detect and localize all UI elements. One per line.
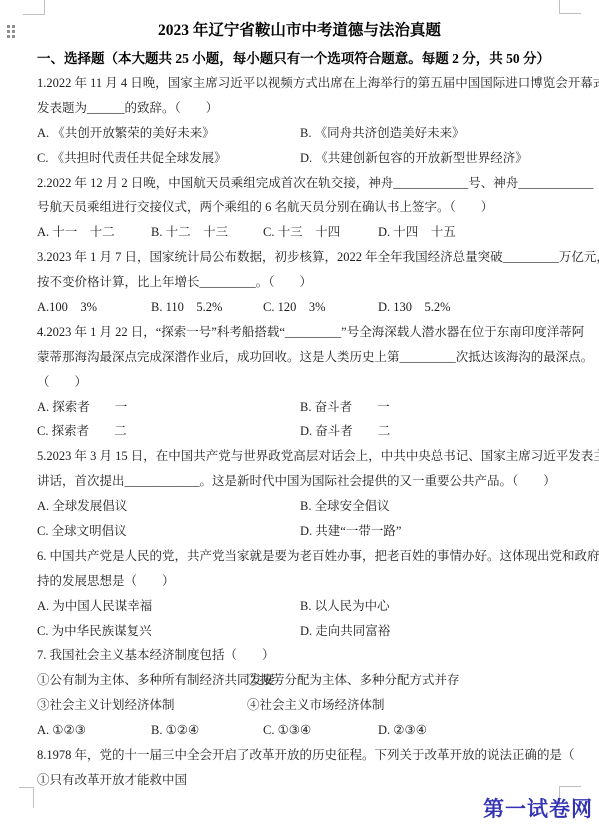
statement-1: ①只有改革开放才能救中国 xyxy=(37,768,583,793)
stem-line: 发表题为______的致辞。（ ） xyxy=(37,96,583,121)
section-header: 一、选择题（本大题共 25 小题，每小题只有一个选项符合题意。每题 2 分，共 … xyxy=(37,47,583,71)
stem-line: 蒙蒂那海沟最深点完成深潜作业后，成功回收。这是人类历史上第_________次抵… xyxy=(37,345,583,370)
question-8: 8.1978 年，党的十一届三中全会开启了改革开放的历史征程。下列关于改革开放的… xyxy=(37,743,583,793)
options-row: C. 《共担时代责任共促全球发展》 D. 《共建创新包容的开放新型世界经济》 xyxy=(37,146,583,171)
option-c: C. 全球文明倡议 xyxy=(37,519,300,544)
option-b: B. 十二 十三 xyxy=(151,220,263,245)
option-d: D. 十四 十五 xyxy=(378,220,583,245)
option-b: B. ①②④ xyxy=(151,718,263,743)
options-row: A. 《共创开放繁荣的美好未来》 B. 《同舟共济创造美好未来》 xyxy=(37,121,583,146)
stem-line: 2.2022 年 12 月 2 日晚，中国航天员乘组完成首次在轨交接，神舟___… xyxy=(37,171,583,196)
options-row: A. 全球发展倡议 B. 全球安全倡议 xyxy=(37,494,583,519)
stem-line: 1.2022 年 11 月 4 日晚，国家主席习近平以视频方式出席在上海举行的第… xyxy=(37,71,583,96)
stem-line: 4.2023 年 1 月 22 日，“探索一号”科考船搭载“_________”… xyxy=(37,320,583,345)
options-row: C. 探索者 二 D. 奋斗者 二 xyxy=(37,419,583,444)
options-row: A. 十一 十二 B. 十二 十三 C. 十三 十四 D. 十四 十五 xyxy=(37,220,583,245)
option-c: C. 十三 十四 xyxy=(263,220,378,245)
option-c: C. 探索者 二 xyxy=(37,419,300,444)
option-b: B. 全球安全倡议 xyxy=(300,494,583,519)
question-2: 2.2022 年 12 月 2 日晚，中国航天员乘组完成首次在轨交接，神舟___… xyxy=(37,171,583,246)
statement-2: ②按劳分配为主体、多种分配方式并存 xyxy=(247,668,583,693)
option-c: C. 为中华民族谋复兴 xyxy=(37,619,300,644)
text-boundary-corner-mark xyxy=(559,0,581,14)
exam-paper-page: 2023 年辽宁省鞍山市中考道德与法治真题 一、选择题（本大题共 25 小题，每… xyxy=(0,0,599,829)
stem-line: 号航天员乘组进行交接仪式，两个乘组的 6 名航天员分别在确认书上签字。（ ） xyxy=(37,195,583,220)
option-c: C. 《共担时代责任共促全球发展》 xyxy=(37,146,300,171)
stem-line: （ ） xyxy=(37,370,583,395)
option-a: A. 十一 十二 xyxy=(37,220,151,245)
question-6: 6. 中国共产党是人民的党，共产党当家就是要为老百姓办事，把老百姓的事情办好。这… xyxy=(37,544,583,644)
option-a: A. 全球发展倡议 xyxy=(37,494,300,519)
stem-line: 5.2023 年 3 月 15 日，在中国共产党与世界政党高层对话会上，中共中央… xyxy=(37,444,583,469)
option-b: B. 奋斗者 一 xyxy=(300,395,583,420)
option-d: D. 走向共同富裕 xyxy=(300,619,583,644)
statement-1: ①公有制为主体、多种所有制经济共同发展 xyxy=(37,668,247,693)
options-row: A. 探索者 一 B. 奋斗者 一 xyxy=(37,395,583,420)
options-row: A. 为中国人民谋幸福 B. 以人民为中心 xyxy=(37,594,583,619)
option-b: B. 以人民为中心 xyxy=(300,594,583,619)
option-b: B. 《同舟共济创造美好未来》 xyxy=(300,121,583,146)
option-a: A. ①②③ xyxy=(37,718,151,743)
options-row: A.100 3% B. 110 5.2% C. 120 3% D. 130 5.… xyxy=(37,295,583,320)
stem-line: 7. 我国社会主义基本经济制度包括（ ） xyxy=(37,643,583,668)
option-b: B. 110 5.2% xyxy=(151,295,263,320)
statement-3: ③社会主义计划经济体制 xyxy=(37,693,247,718)
stem-line: 8.1978 年，党的十一届三中全会开启了改革开放的历史征程。下列关于改革开放的… xyxy=(37,743,583,768)
option-c: C. 120 3% xyxy=(263,295,378,320)
option-d: D. 共建“一带一路” xyxy=(300,519,583,544)
statement-row: ①公有制为主体、多种所有制经济共同发展 ②按劳分配为主体、多种分配方式并存 xyxy=(37,668,583,693)
question-7: 7. 我国社会主义基本经济制度包括（ ） ①公有制为主体、多种所有制经济共同发展… xyxy=(37,643,583,743)
option-d: D. 130 5.2% xyxy=(378,295,583,320)
option-d: D. 《共建创新包容的开放新型世界经济》 xyxy=(300,146,583,171)
stem-line: 按不变价格计算，比上年增长_________。（ ） xyxy=(37,270,583,295)
stem-line: 3.2023 年 1 月 7 日，国家统计局公布数据，初步核算，2022 年全年… xyxy=(37,245,583,270)
question-3: 3.2023 年 1 月 7 日，国家统计局公布数据，初步核算，2022 年全年… xyxy=(37,245,583,320)
question-4: 4.2023 年 1 月 22 日，“探索一号”科考船搭载“_________”… xyxy=(37,320,583,444)
option-a: A. 《共创开放繁荣的美好未来》 xyxy=(37,121,300,146)
question-5: 5.2023 年 3 月 15 日，在中国共产党与世界政党高层对话会上，中共中央… xyxy=(37,444,583,544)
option-c: C. ①③④ xyxy=(263,718,378,743)
option-a: A. 探索者 一 xyxy=(37,395,300,420)
text-boundary-corner-mark xyxy=(23,0,45,15)
options-row: A. ①②③ B. ①②④ C. ①③④ D. ②③④ xyxy=(37,718,583,743)
stem-line: 持的发展思想是（ ） xyxy=(37,569,583,594)
watermark: 第一试卷网 xyxy=(483,793,593,823)
statement-row: ③社会主义计划经济体制 ④社会主义市场经济体制 xyxy=(37,693,583,718)
question-1: 1.2022 年 11 月 4 日晚，国家主席习近平以视频方式出席在上海举行的第… xyxy=(37,71,583,171)
option-a: A.100 3% xyxy=(37,295,151,320)
option-d: D. ②③④ xyxy=(378,718,583,743)
text-boundary-corner-mark xyxy=(19,787,34,808)
option-a: A. 为中国人民谋幸福 xyxy=(37,594,300,619)
statement-4: ④社会主义市场经济体制 xyxy=(247,693,583,718)
stem-line: 6. 中国共产党是人民的党，共产党当家就是要为老百姓办事，把老百姓的事情办好。这… xyxy=(37,544,583,569)
stem-line: 讲话，首次提出____________。这是新时代中国为国际社会提供的又一重要公… xyxy=(37,469,583,494)
page-title: 2023 年辽宁省鞍山市中考道德与法治真题 xyxy=(0,14,599,47)
option-d: D. 奋斗者 二 xyxy=(300,419,583,444)
options-row: C. 为中华民族谋复兴 D. 走向共同富裕 xyxy=(37,619,583,644)
options-row: C. 全球文明倡议 D. 共建“一带一路” xyxy=(37,519,583,544)
document-content: 2023 年辽宁省鞍山市中考道德与法治真题 一、选择题（本大题共 25 小题，每… xyxy=(37,14,583,793)
